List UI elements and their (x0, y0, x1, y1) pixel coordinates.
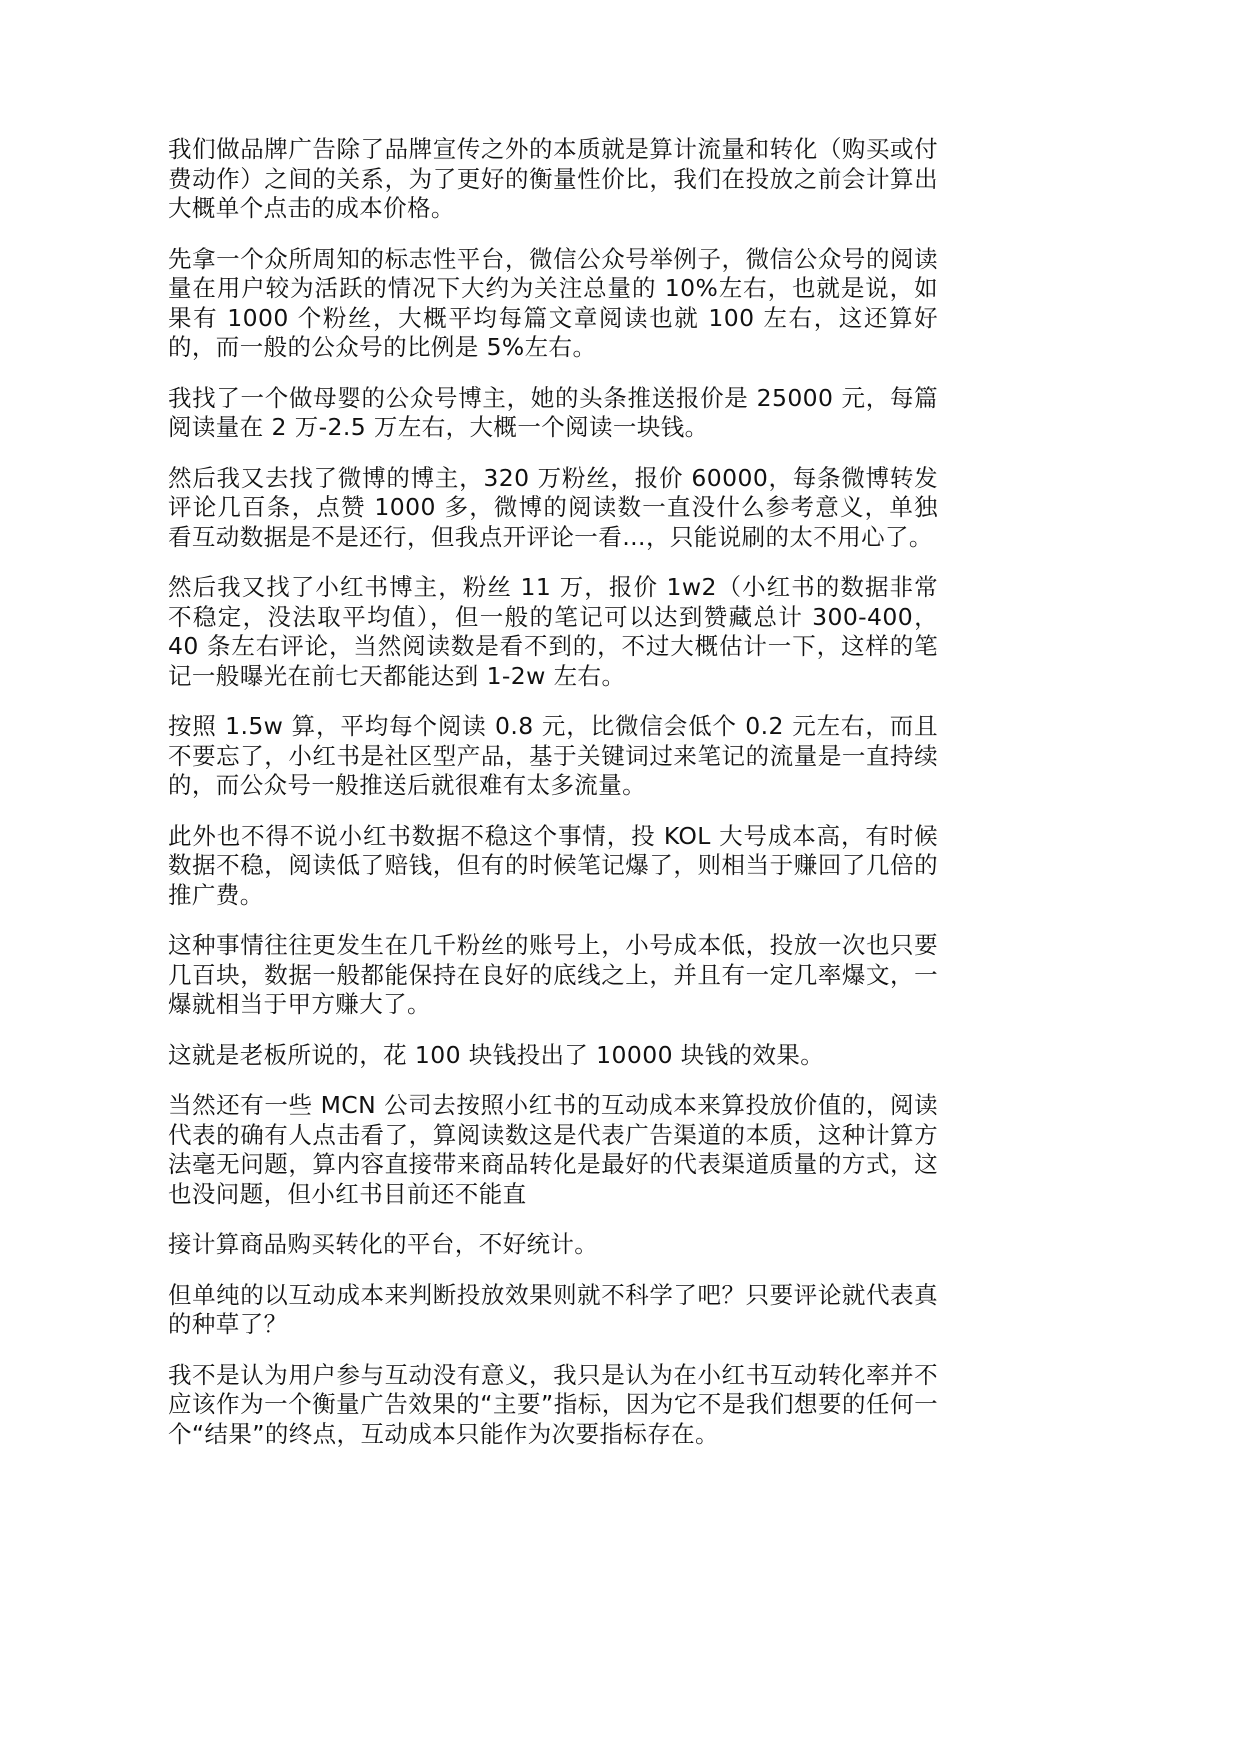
paragraph-6: 按照 1.5w 算，平均每个阅读 0.8 元，比微信会低个 0.2 元左右，而且… (168, 712, 938, 801)
document-page: 我们做品牌广告除了品牌宣传之外的本质就是算计流量和转化（购买或付费动作）之间的关… (168, 135, 938, 1470)
paragraph-9: 这就是老板所说的，花 100 块钱投出了 10000 块钱的效果。 (168, 1041, 938, 1071)
paragraph-12: 但单纯的以互动成本来判断投放效果则就不科学了吧？只要评论就代表真的种草了？ (168, 1281, 938, 1340)
paragraph-5: 然后我又找了小红书博主，粉丝 11 万，报价 1w2（小红书的数据非常不稳定，没… (168, 573, 938, 691)
paragraph-7: 此外也不得不说小红书数据不稳这个事情，投 KOL 大号成本高，有时候数据不稳，阅… (168, 822, 938, 911)
paragraph-4: 然后我又去找了微博的博主，320 万粉丝，报价 60000，每条微博转发评论几百… (168, 464, 938, 553)
paragraph-10: 当然还有一些 MCN 公司去按照小红书的互动成本来算投放价值的，阅读代表的确有人… (168, 1091, 938, 1209)
paragraph-11: 接计算商品购买转化的平台，不好统计。 (168, 1230, 938, 1260)
paragraph-2: 先拿一个众所周知的标志性平台，微信公众号举例子，微信公众号的阅读量在用户较为活跃… (168, 245, 938, 363)
paragraph-3: 我找了一个做母婴的公众号博主，她的头条推送报价是 25000 元，每篇阅读量在 … (168, 384, 938, 443)
paragraph-8: 这种事情往往更发生在几千粉丝的账号上，小号成本低，投放一次也只要几百块，数据一般… (168, 931, 938, 1020)
paragraph-1: 我们做品牌广告除了品牌宣传之外的本质就是算计流量和转化（购买或付费动作）之间的关… (168, 135, 938, 224)
paragraph-13: 我不是认为用户参与互动没有意义，我只是认为在小红书互动转化率并不应该作为一个衡量… (168, 1361, 938, 1450)
